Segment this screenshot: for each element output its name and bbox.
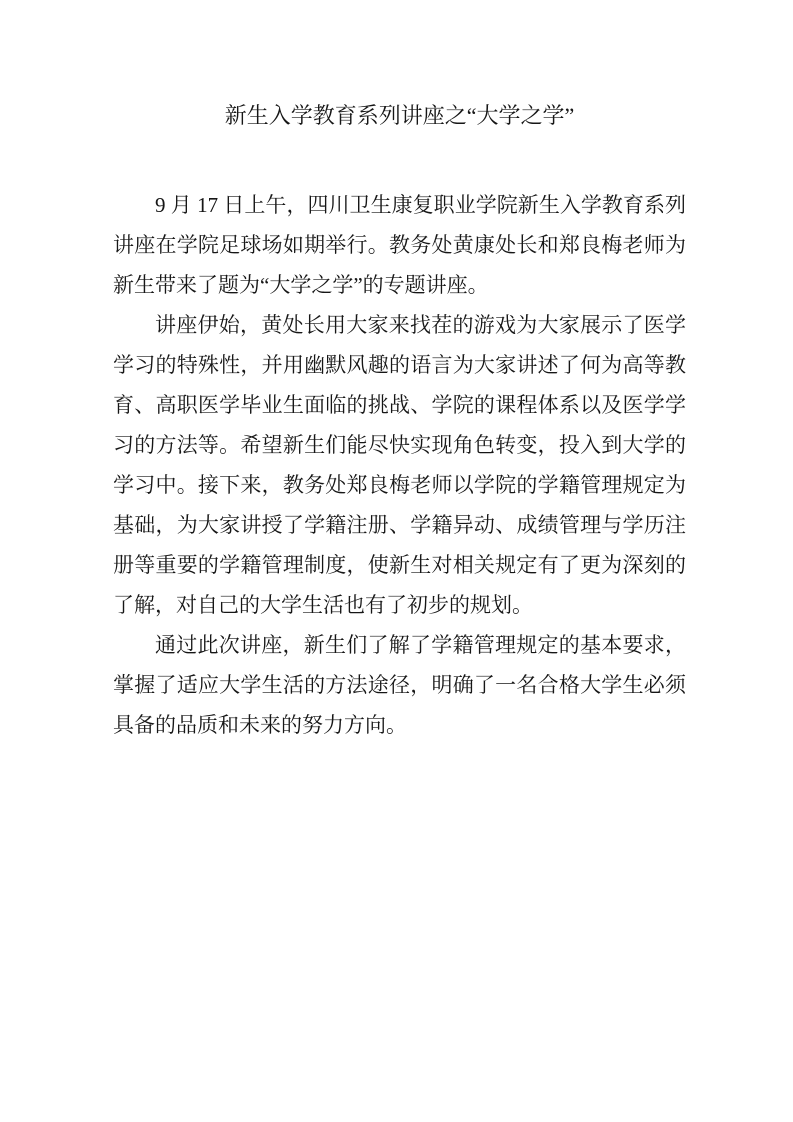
paragraph-1: 9 月 17 日上午，四川卫生康复职业学院新生入学教育系列讲座在学院足球场如期举… bbox=[113, 185, 686, 305]
document-page: 新生入学教育系列讲座之“大学之学” 9 月 17 日上午，四川卫生康复职业学院新… bbox=[0, 0, 793, 1122]
document-content: 新生入学教育系列讲座之“大学之学” 9 月 17 日上午，四川卫生康复职业学院新… bbox=[113, 96, 686, 745]
paragraph-3: 通过此次讲座，新生们了解了学籍管理规定的基本要求，掌握了适应大学生活的方法途径，… bbox=[113, 625, 686, 745]
paragraph-2: 讲座伊始，黄处长用大家来找茬的游戏为大家展示了医学学习的特殊性，并用幽默风趣的语… bbox=[113, 305, 686, 625]
document-title: 新生入学教育系列讲座之“大学之学” bbox=[113, 96, 686, 136]
